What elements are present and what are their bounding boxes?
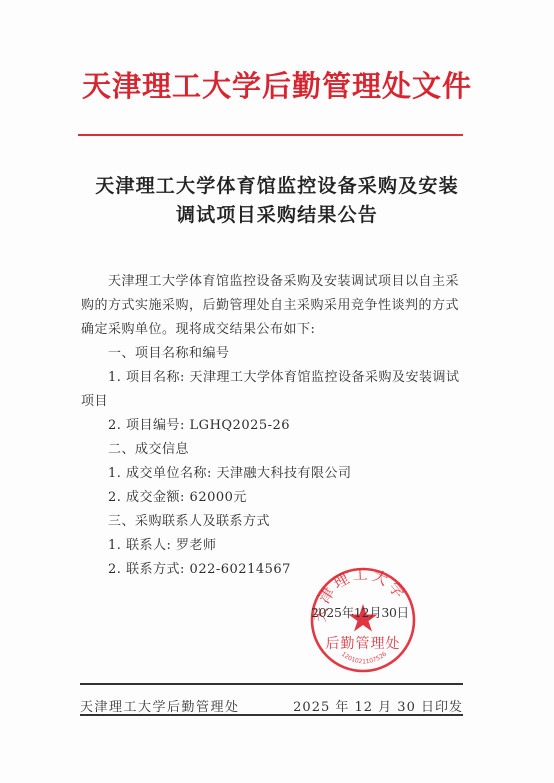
document-header-title: 天津理工大学后勤管理处文件 bbox=[0, 66, 554, 106]
contact-person: 1. 联系人: 罗老师 bbox=[81, 534, 465, 558]
announcement-body: 天津理工大学体育馆监控设备采购及安装调试项目以自主采 购的方式实施采购，后勤管理… bbox=[81, 270, 465, 582]
seal-date: 2025年12月30日 bbox=[311, 603, 409, 621]
deal-amount: 2. 成交金额: 62000元 bbox=[81, 486, 465, 510]
announcement-title-line1: 天津理工大学体育馆监控设备采购及安装 bbox=[0, 172, 554, 201]
section-heading-deal: 二、成交信息 bbox=[81, 438, 465, 462]
announcement-title-line2: 调试项目采购结果公告 bbox=[0, 201, 554, 230]
project-number: 2. 项目编号: LGHQ2025-26 bbox=[81, 414, 465, 438]
project-name-continued: 项目 bbox=[81, 390, 465, 414]
footer-issue-date: 2025 年 12 月 30 日印发 bbox=[293, 696, 463, 715]
section-heading-contact: 三、采购联系人及联系方式 bbox=[81, 510, 465, 534]
section-heading-project: 一、项目名称和编号 bbox=[81, 342, 465, 366]
svg-text:后勤管理处: 后勤管理处 bbox=[326, 635, 401, 652]
project-name: 1. 项目名称: 天津理工大学体育馆监控设备采购及安装调试 bbox=[81, 366, 465, 390]
intro-paragraph-line: 购的方式实施采购，后勤管理处自主采购采用竞争性谈判的方式 bbox=[81, 294, 465, 318]
winning-company: 1. 成交单位名称: 天津融大科技有限公司 bbox=[81, 462, 465, 486]
announcement-title: 天津理工大学体育馆监控设备采购及安装 调试项目采购结果公告 bbox=[0, 172, 554, 230]
footer-issuer: 天津理工大学后勤管理处 bbox=[80, 696, 240, 715]
footer-top-rule bbox=[80, 683, 463, 685]
document-page: 天津理工大学后勤管理处文件 天津理工大学体育馆监控设备采购及安装 调试项目采购结… bbox=[0, 0, 554, 783]
footer-bottom-rule bbox=[80, 714, 463, 716]
intro-paragraph-line: 天津理工大学体育馆监控设备采购及安装调试项目以自主采 bbox=[81, 270, 465, 294]
header-red-divider bbox=[78, 134, 463, 136]
svg-text:1201021107526: 1201021107526 bbox=[340, 651, 388, 666]
intro-paragraph-line: 确定采购单位。现将成交结果公布如下: bbox=[81, 318, 465, 342]
